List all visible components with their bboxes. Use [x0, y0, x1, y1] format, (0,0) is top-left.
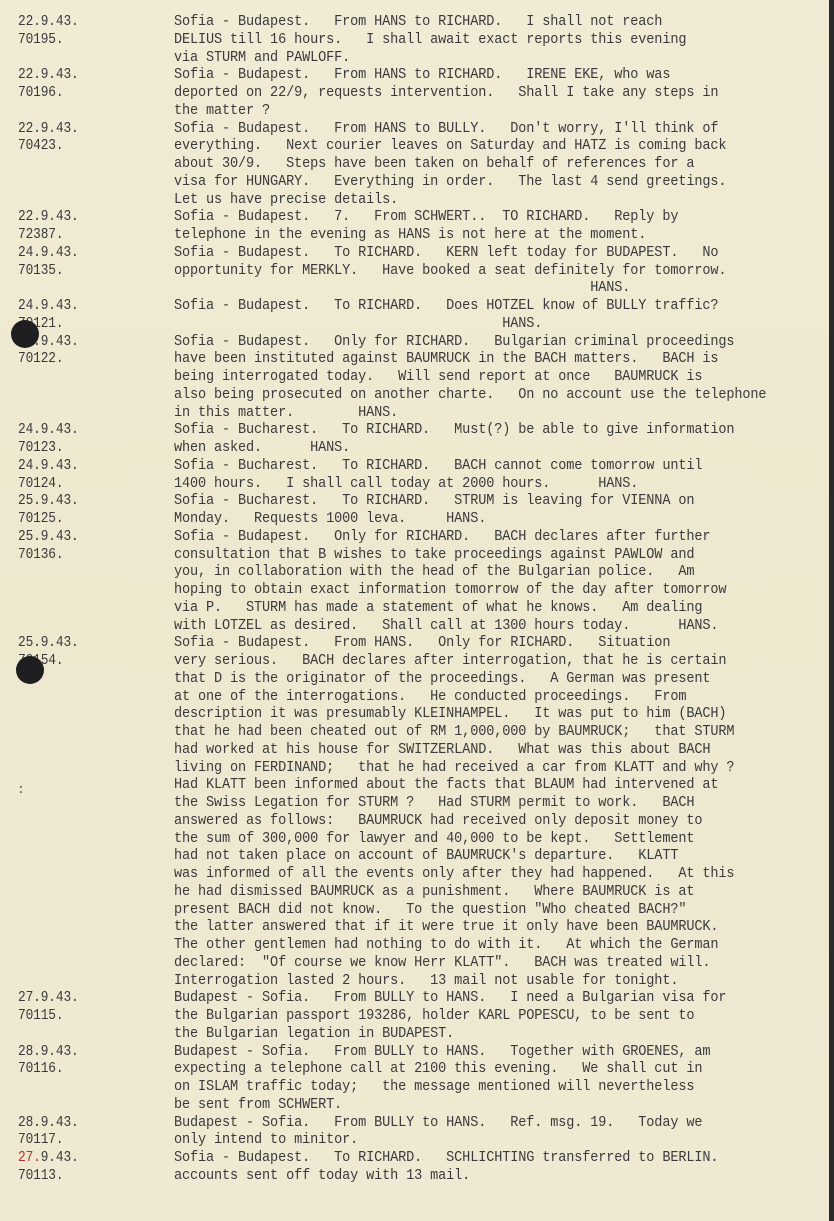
- entry-date: 22.9.43.: [18, 67, 155, 85]
- text-line: description it was presumably KLEINHAMPE…: [174, 706, 783, 724]
- text-line: everything. Next courier leaves on Satur…: [174, 138, 783, 156]
- entry-date: 25.9.43.: [18, 635, 155, 653]
- entry-date: 25.9.43.: [18, 493, 155, 511]
- text-line: The other gentlemen had nothing to do wi…: [174, 937, 783, 955]
- text-line: visa for HUNGARY. Everything in order. T…: [174, 174, 783, 192]
- text-line: opportunity for MERKLY. Have booked a se…: [174, 263, 783, 281]
- entry-number: 70125.: [18, 511, 155, 529]
- log-entry: 24.9.43. 70124. Sofia - Bucharest. To RI…: [0, 458, 829, 494]
- text-line: Sofia - Budapest. From HANS to RICHARD. …: [174, 67, 783, 85]
- text-line: DELIUS till 16 hours. I shall await exac…: [174, 32, 783, 50]
- text-line: hoping to obtain exact information tomor…: [174, 582, 783, 600]
- text-line: on ISLAM traffic today; the message ment…: [174, 1079, 783, 1097]
- log-entry: 28.9.43. 70117. Budapest - Sofia. From B…: [0, 1115, 829, 1151]
- text-line: deported on 22/9, requests intervention.…: [174, 85, 783, 103]
- entry-meta: 28.9.43. 70117.: [0, 1115, 174, 1151]
- text-line: living on FERDINAND; that he had receive…: [174, 760, 783, 778]
- entry-meta: 25.9.43. 70136.: [0, 529, 174, 636]
- entry-number: 70136.: [18, 547, 155, 565]
- log-entry: 24.9.43. 70122. Sofia - Budapest. Only f…: [0, 334, 829, 423]
- entry-number: 70135.: [18, 263, 155, 281]
- entry-text: Budapest - Sofia. From BULLY to HANS. I …: [174, 990, 829, 1043]
- page-edge: [829, 0, 834, 1221]
- entry-text: Sofia - Budapest. From HANS to RICHARD. …: [174, 14, 829, 67]
- document-page: 22.9.43. 70195. Sofia - Budapest. From H…: [0, 0, 829, 1221]
- log-entry: 25.9.43. 70136. Sofia - Budapest. Only f…: [0, 529, 829, 636]
- entry-meta: 22.9.43. 72387.: [0, 209, 174, 245]
- text-line: Sofia - Budapest. Only for RICHARD. BACH…: [174, 529, 783, 547]
- margin-mark: :: [17, 782, 25, 797]
- text-line: telephone in the evening as HANS is not …: [174, 227, 783, 245]
- text-line: Sofia - Budapest. From HANS to BULLY. Do…: [174, 121, 783, 139]
- entry-text: Sofia - Budapest. From HANS to BULLY. Do…: [174, 121, 829, 210]
- text-line: 1400 hours. I shall call today at 2000 h…: [174, 476, 783, 494]
- entry-meta: 24.9.43. 70135.: [0, 245, 174, 298]
- punch-hole-icon: [11, 320, 39, 348]
- text-line: the Bulgarian legation in BUDAPEST.: [174, 1026, 783, 1044]
- entry-text: Budapest - Sofia. From BULLY to HANS. To…: [174, 1044, 829, 1115]
- text-line: present BACH did not know. To the questi…: [174, 902, 783, 920]
- entry-number: 70117.: [18, 1132, 155, 1150]
- text-line: expecting a telephone call at 2100 this …: [174, 1061, 783, 1079]
- log-entry: 24.9.43. 70121. Sofia - Budapest. To RIC…: [0, 298, 829, 334]
- text-line: Budapest - Sofia. From BULLY to HANS. I …: [174, 990, 783, 1008]
- entry-number: 70196.: [18, 85, 155, 103]
- text-line: Budapest - Sofia. From BULLY to HANS. Re…: [174, 1115, 783, 1133]
- entry-text: Sofia - Bucharest. To RICHARD. BACH cann…: [174, 458, 829, 494]
- log-entry: 22.9.43. 72387. Sofia - Budapest. 7. Fro…: [0, 209, 829, 245]
- text-line: Sofia - Budapest. To RICHARD. KERN left …: [174, 245, 783, 263]
- log-entry: 27.9.43. 70115. Budapest - Sofia. From B…: [0, 990, 829, 1043]
- text-line: Sofia - Bucharest. To RICHARD. BACH cann…: [174, 458, 783, 476]
- text-line: HANS.: [174, 280, 783, 298]
- log-entry: 27.9.43. 70113. Sofia - Budapest. To RIC…: [0, 1150, 829, 1186]
- entry-date: 27.9.43.: [18, 1150, 155, 1168]
- text-line: that he had been cheated out of RM 1,000…: [174, 724, 783, 742]
- entry-text: Sofia - Budapest. From HANS to RICHARD. …: [174, 67, 829, 120]
- text-line: had worked at his house for SWITZERLAND.…: [174, 742, 783, 760]
- entry-date: 24.9.43.: [18, 245, 155, 263]
- entry-text: Sofia - Budapest. From HANS. Only for RI…: [174, 635, 829, 990]
- text-line: Had KLATT been informed about the facts …: [174, 777, 783, 795]
- text-line: the Swiss Legation for STURM ? Had STURM…: [174, 795, 783, 813]
- entry-text: Sofia - Budapest. Only for RICHARD. BACH…: [174, 529, 829, 636]
- text-line: with LOTZEL as desired. Shall call at 13…: [174, 618, 783, 636]
- log-entry: 24.9.43. 70135. Sofia - Budapest. To RIC…: [0, 245, 829, 298]
- entry-text: Sofia - Budapest. To RICHARD. SCHLICHTIN…: [174, 1150, 829, 1186]
- entry-number: 70116.: [18, 1061, 155, 1079]
- log-entry: 25.9.43. 70125. Sofia - Bucharest. To RI…: [0, 493, 829, 529]
- entry-meta: 22.9.43. 70195.: [0, 14, 174, 67]
- punch-hole-icon: [16, 656, 44, 684]
- text-line: also being prosecuted on another charte.…: [174, 387, 783, 405]
- log-entry: 28.9.43. 70116. Budapest - Sofia. From B…: [0, 1044, 829, 1115]
- entry-number: 70423.: [18, 138, 155, 156]
- entry-text: Sofia - Bucharest. To RICHARD. STRUM is …: [174, 493, 829, 529]
- text-line: the matter ?: [174, 103, 783, 121]
- entry-meta: 28.9.43. 70116.: [0, 1044, 174, 1115]
- entry-meta: 25.9.43. 70125.: [0, 493, 174, 529]
- text-line: be sent from SCHWERT.: [174, 1097, 783, 1115]
- entry-date: 22.9.43.: [18, 14, 155, 32]
- text-line: accounts sent off today with 13 mail.: [174, 1168, 783, 1186]
- entry-number: 70124.: [18, 476, 155, 494]
- entry-meta: 22.9.43. 70423.: [0, 121, 174, 210]
- text-line: that D is the originator of the proceedi…: [174, 671, 783, 689]
- log-entry: 25.9.43. 70154. Sofia - Budapest. From H…: [0, 635, 829, 990]
- text-line: Sofia - Budapest. To RICHARD. SCHLICHTIN…: [174, 1150, 783, 1168]
- text-line: Sofia - Bucharest. To RICHARD. STRUM is …: [174, 493, 783, 511]
- entry-date: 28.9.43.: [18, 1044, 155, 1062]
- entry-meta: 22.9.43. 70196.: [0, 67, 174, 120]
- text-line: Sofia - Budapest. From HANS. Only for RI…: [174, 635, 783, 653]
- text-line: HANS.: [174, 316, 783, 334]
- log-entry: 24.9.43. 70123. Sofia - Bucharest. To RI…: [0, 422, 829, 458]
- text-line: the Bulgarian passport 193286, holder KA…: [174, 1008, 783, 1026]
- entry-meta: 27.9.43. 70115.: [0, 990, 174, 1043]
- entry-number: 70195.: [18, 32, 155, 50]
- entry-text: Sofia - Budapest. To RICHARD. Does HOTZE…: [174, 298, 829, 334]
- entry-number: 72387.: [18, 227, 155, 245]
- entry-date: 22.9.43.: [18, 121, 155, 139]
- entry-meta: 27.9.43. 70113.: [0, 1150, 174, 1186]
- text-line: answered as follows: BAUMRUCK had receiv…: [174, 813, 783, 831]
- text-line: he had dismissed BAUMRUCK as a punishmen…: [174, 884, 783, 902]
- text-line: when asked. HANS.: [174, 440, 783, 458]
- text-line: was informed of all the events only afte…: [174, 866, 783, 884]
- entry-text: Sofia - Budapest. To RICHARD. KERN left …: [174, 245, 829, 298]
- entry-text: Sofia - Bucharest. To RICHARD. Must(?) b…: [174, 422, 829, 458]
- entry-number: 70122.: [18, 351, 155, 369]
- log-entry: 22.9.43. 70195. Sofia - Budapest. From H…: [0, 14, 829, 67]
- text-line: had not taken place on account of BAUMRU…: [174, 848, 783, 866]
- text-line: have been instituted against BAUMRUCK in…: [174, 351, 783, 369]
- entry-text: Sofia - Budapest. 7. From SCHWERT.. TO R…: [174, 209, 829, 245]
- text-line: being interrogated today. Will send repo…: [174, 369, 783, 387]
- message-log: 22.9.43. 70195. Sofia - Budapest. From H…: [0, 14, 829, 1186]
- text-line: Interrogation lasted 2 hours. 13 mail no…: [174, 973, 783, 991]
- text-line: you, in collaboration with the head of t…: [174, 564, 783, 582]
- entry-text: Sofia - Budapest. Only for RICHARD. Bulg…: [174, 334, 829, 423]
- text-line: Let us have precise details.: [174, 192, 783, 210]
- text-line: about 30/9. Steps have been taken on beh…: [174, 156, 783, 174]
- text-line: Sofia - Budapest. Only for RICHARD. Bulg…: [174, 334, 783, 352]
- entry-date: 24.9.43.: [18, 298, 155, 316]
- text-line: Sofia - Bucharest. To RICHARD. Must(?) b…: [174, 422, 783, 440]
- entry-date: 22.9.43.: [18, 209, 155, 227]
- text-line: the sum of 300,000 for lawyer and 40,000…: [174, 831, 783, 849]
- text-line: very serious. BACH declares after interr…: [174, 653, 783, 671]
- entry-number: 70123.: [18, 440, 155, 458]
- text-line: Sofia - Budapest. To RICHARD. Does HOTZE…: [174, 298, 783, 316]
- text-line: at one of the interrogations. He conduct…: [174, 689, 783, 707]
- entry-meta: 25.9.43. 70154.: [0, 635, 174, 990]
- log-entry: 22.9.43. 70423. Sofia - Budapest. From H…: [0, 121, 829, 210]
- entry-date: 25.9.43.: [18, 529, 155, 547]
- text-line: consultation that B wishes to take proce…: [174, 547, 783, 565]
- text-line: via P. STURM has made a statement of wha…: [174, 600, 783, 618]
- text-line: in this matter. HANS.: [174, 405, 783, 423]
- text-line: Monday. Requests 1000 leva. HANS.: [174, 511, 783, 529]
- text-line: Sofia - Budapest. 7. From SCHWERT.. TO R…: [174, 209, 783, 227]
- log-entry: 22.9.43. 70196. Sofia - Budapest. From H…: [0, 67, 829, 120]
- entry-date: 24.9.43.: [18, 422, 155, 440]
- date-red-part: 27.: [18, 1150, 41, 1166]
- date-rest: 9.43.: [41, 1150, 79, 1166]
- text-line: Sofia - Budapest. From HANS to RICHARD. …: [174, 14, 783, 32]
- entry-text: Budapest - Sofia. From BULLY to HANS. Re…: [174, 1115, 829, 1151]
- entry-number: 70115.: [18, 1008, 155, 1026]
- text-line: the latter answered that if it were true…: [174, 919, 783, 937]
- entry-date: 27.9.43.: [18, 990, 155, 1008]
- text-line: declared: "Of course we know Herr KLATT"…: [174, 955, 783, 973]
- entry-date: 24.9.43.: [18, 458, 155, 476]
- text-line: only intend to minitor.: [174, 1132, 783, 1150]
- entry-number: 70113.: [18, 1168, 155, 1186]
- text-line: Budapest - Sofia. From BULLY to HANS. To…: [174, 1044, 783, 1062]
- entry-meta: 24.9.43. 70123.: [0, 422, 174, 458]
- entry-date: 28.9.43.: [18, 1115, 155, 1133]
- entry-meta: 24.9.43. 70124.: [0, 458, 174, 494]
- text-line: via STURM and PAWLOFF.: [174, 50, 783, 68]
